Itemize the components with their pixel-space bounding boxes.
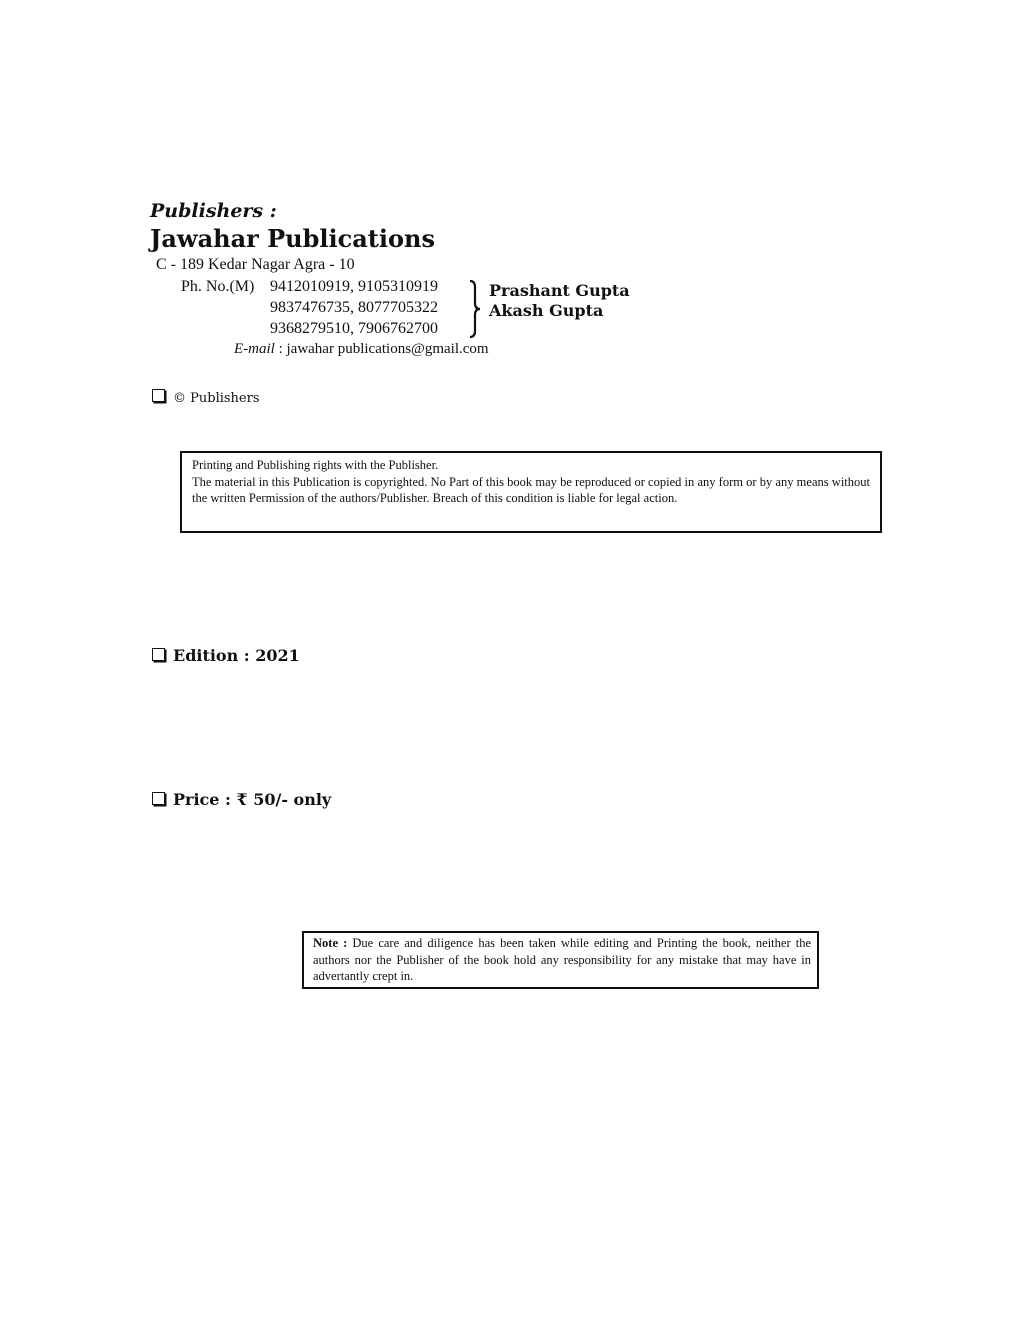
- copyright-text: © Publishers: [173, 391, 260, 406]
- phone-line-1: 9412010919, 9105310919: [270, 278, 438, 296]
- edition-item: Edition : 2021: [152, 646, 300, 665]
- checkbox-icon: [152, 389, 165, 402]
- checkbox-icon: [152, 792, 165, 805]
- checkbox-icon: [152, 648, 165, 661]
- edition-text: Edition : 2021: [173, 646, 300, 665]
- note-text: Due care and diligence has been taken wh…: [313, 936, 811, 983]
- note-label: Note :: [313, 936, 347, 950]
- rights-notice-line1: Printing and Publishing rights with the …: [192, 457, 870, 474]
- phone-line-3: 9368279510, 7906762700: [270, 320, 438, 338]
- rights-notice-body: The material in this Publication is copy…: [192, 474, 870, 507]
- note-box: Note : Due care and diligence has been t…: [302, 931, 819, 989]
- phone-line-2: 9837476735, 8077705322: [270, 299, 438, 317]
- contact-name-2: Akash Gupta: [489, 301, 603, 320]
- note-paragraph: Note : Due care and diligence has been t…: [313, 935, 811, 985]
- email-value: : jawahar publications@gmail.com: [275, 341, 489, 357]
- publishers-label: Publishers :: [150, 200, 277, 222]
- price-item: Price : ₹ 50/- only: [152, 790, 331, 809]
- email-label: E-mail: [234, 341, 275, 357]
- email-line: E-mail : jawahar publications@gmail.com: [234, 341, 489, 358]
- copyright-item: © Publishers: [152, 389, 260, 406]
- phone-label: Ph. No.(M): [181, 278, 254, 296]
- contact-name-1: Prashant Gupta: [489, 281, 630, 300]
- publisher-address: C - 189 Kedar Nagar Agra - 10: [156, 256, 355, 274]
- rights-notice-box: Printing and Publishing rights with the …: [180, 451, 882, 533]
- publisher-name: Jawahar Publications: [150, 224, 435, 253]
- brace-icon: [468, 280, 482, 338]
- price-text: Price : ₹ 50/- only: [173, 790, 331, 809]
